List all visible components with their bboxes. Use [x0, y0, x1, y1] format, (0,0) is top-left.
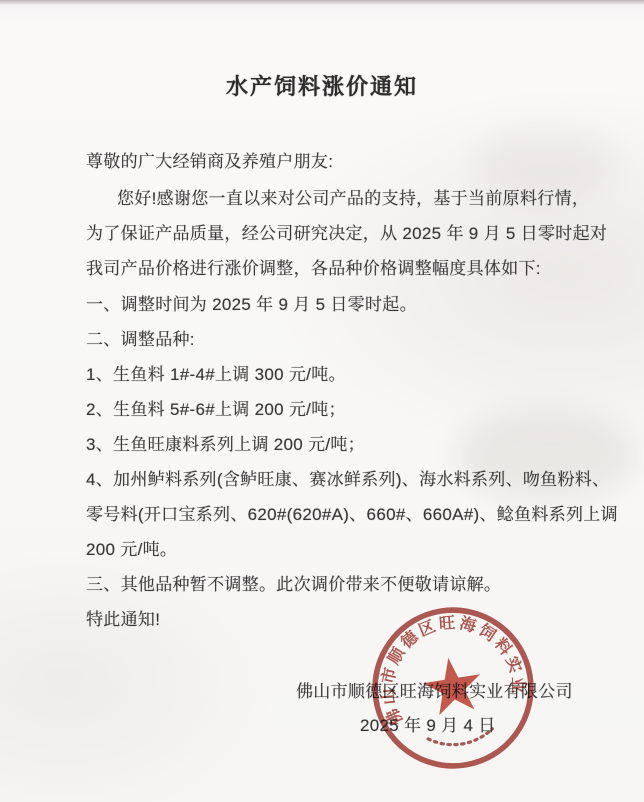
body-line-item2: 二、调整品种: [86, 325, 195, 350]
photo-top-edge [0, 0, 644, 5]
body-line-item3: 三、其他品种暂不调整。此次调价带来不便敬请谅解。 [86, 570, 501, 595]
seal-star-icon [420, 654, 486, 717]
closing-line: 特此通知! [86, 605, 160, 630]
body-line-sub4a: 4、加州鲈料系列(含鲈旺康、赛冰鲜系列)、海水料系列、吻鱼粉料、 [86, 465, 609, 490]
scanned-notice-page: 水产饲料涨价通知 尊敬的广大经销商及养殖户朋友: 您好!感谢您一直以来对公司产品… [0, 0, 644, 802]
body-line-item1: 一、调整时间为 2025 年 9 月 5 日零时起。 [86, 290, 417, 315]
intro-line: 我司产品价格进行涨价调整，各品种价格调整幅度具体如下: [86, 254, 541, 279]
notice-title: 水产饲料涨价通知 [0, 70, 644, 101]
body-line-sub1: 1、生鱼料 1#-4#上调 300 元/吨。 [86, 360, 346, 385]
body-line-sub4c: 200 元/吨。 [86, 535, 177, 560]
body-line-sub4b: 零号料(开口宝系列、620#(620#A)、660#、660A#)、鲶鱼料系列上… [86, 500, 618, 525]
body-line-sub2: 2、生鱼料 5#-6#上调 200 元/吨； [86, 395, 346, 420]
salutation-line: 尊敬的广大经销商及养殖户朋友: [86, 147, 333, 172]
company-seal: 佛山市顺德区旺海饲料实业有限公司 [353, 588, 552, 787]
intro-line: 您好!感谢您一直以来对公司产品的支持，基于当前原料行情， [117, 184, 589, 209]
intro-line: 为了保证产品质量，经公司研究决定，从 2025 年 9 月 5 日零时起对 [86, 219, 607, 244]
seal-serial-dots [428, 729, 494, 749]
body-line-sub3: 3、生鱼旺康料系列上调 200 元/吨； [86, 430, 365, 455]
